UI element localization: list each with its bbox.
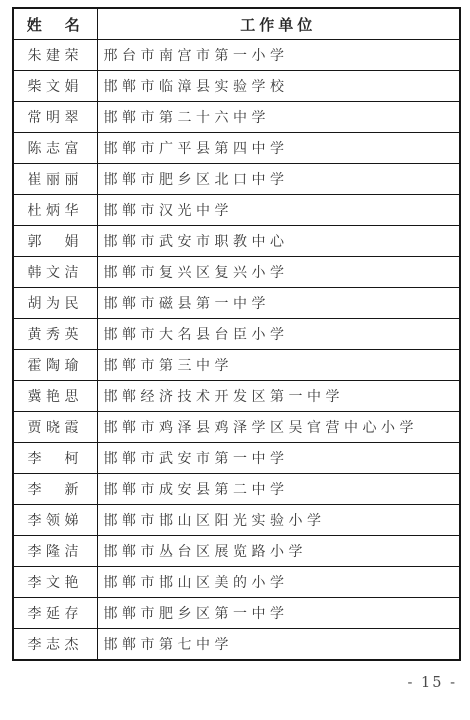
table-row: 贾晓霞 邯郸市鸡泽县鸡泽学区吴官营中心小学: [13, 412, 460, 443]
table-row: 陈志富 邯郸市广平县第四中学: [13, 133, 460, 164]
workunit-cell: 邯郸市邯山区阳光实验小学: [97, 505, 460, 536]
workunit-cell: 邯郸市武安市第一中学: [97, 443, 460, 474]
workunit-cell: 邯郸市磁县第一中学: [97, 288, 460, 319]
workunit-cell: 邯郸市大名县台臣小学: [97, 319, 460, 350]
workunit-cell: 邢台市南宫市第一小学: [97, 40, 460, 71]
table-row: 黄秀英 邯郸市大名县台臣小学: [13, 319, 460, 350]
table-row: 常明翠 邯郸市第二十六中学: [13, 102, 460, 133]
table-row: 郭 娟 邯郸市武安市职教中心: [13, 226, 460, 257]
table-row: 李延存 邯郸市肥乡区第一中学: [13, 598, 460, 629]
name-workunit-table: 姓 名 工作单位 朱建荣 邢台市南宫市第一小学 柴文娟 邯郸市临漳县实验学校 常…: [12, 7, 461, 661]
table-row: 崔丽丽 邯郸市肥乡区北口中学: [13, 164, 460, 195]
workunit-cell: 邯郸市广平县第四中学: [97, 133, 460, 164]
name-cell: 李 柯: [13, 443, 97, 474]
workunit-cell: 邯郸市武安市职教中心: [97, 226, 460, 257]
name-cell: 黄秀英: [13, 319, 97, 350]
name-cell: 李隆洁: [13, 536, 97, 567]
name-cell: 李志杰: [13, 629, 97, 661]
workunit-cell: 邯郸市临漳县实验学校: [97, 71, 460, 102]
workunit-cell: 邯郸经济技术开发区第一中学: [97, 381, 460, 412]
table-row: 李 新 邯郸市成安县第二中学: [13, 474, 460, 505]
workunit-cell: 邯郸市邯山区美的小学: [97, 567, 460, 598]
name-cell: 朱建荣: [13, 40, 97, 71]
name-cell: 李延存: [13, 598, 97, 629]
table-row: 杜炳华 邯郸市汉光中学: [13, 195, 460, 226]
workunit-cell: 邯郸市成安县第二中学: [97, 474, 460, 505]
name-cell: 胡为民: [13, 288, 97, 319]
name-cell: 常明翠: [13, 102, 97, 133]
name-cell: 陈志富: [13, 133, 97, 164]
workunit-cell: 邯郸市肥乡区第一中学: [97, 598, 460, 629]
table-row: 朱建荣 邢台市南宫市第一小学: [13, 40, 460, 71]
column-header-name: 姓 名: [13, 8, 97, 40]
workunit-cell: 邯郸市丛台区展览路小学: [97, 536, 460, 567]
table-row: 韩文洁 邯郸市复兴区复兴小学: [13, 257, 460, 288]
table-row: 李隆洁 邯郸市丛台区展览路小学: [13, 536, 460, 567]
name-cell: 李 新: [13, 474, 97, 505]
table-row: 柴文娟 邯郸市临漳县实验学校: [13, 71, 460, 102]
table-row: 霍陶瑜 邯郸市第三中学: [13, 350, 460, 381]
name-cell: 李文艳: [13, 567, 97, 598]
table-header-row: 姓 名 工作单位: [13, 8, 460, 40]
table-row: 冀艳思 邯郸经济技术开发区第一中学: [13, 381, 460, 412]
workunit-cell: 邯郸市肥乡区北口中学: [97, 164, 460, 195]
table-row: 李领娣 邯郸市邯山区阳光实验小学: [13, 505, 460, 536]
workunit-cell: 邯郸市复兴区复兴小学: [97, 257, 460, 288]
name-cell: 贾晓霞: [13, 412, 97, 443]
workunit-cell: 邯郸市汉光中学: [97, 195, 460, 226]
workunit-cell: 邯郸市第七中学: [97, 629, 460, 661]
name-cell: 郭 娟: [13, 226, 97, 257]
column-header-workunit: 工作单位: [97, 8, 460, 40]
name-cell: 霍陶瑜: [13, 350, 97, 381]
table-row: 李 柯 邯郸市武安市第一中学: [13, 443, 460, 474]
workunit-cell: 邯郸市第三中学: [97, 350, 460, 381]
page-number: - 15 -: [408, 675, 457, 691]
table-row: 李志杰 邯郸市第七中学: [13, 629, 460, 661]
name-cell: 韩文洁: [13, 257, 97, 288]
workunit-cell: 邯郸市第二十六中学: [97, 102, 460, 133]
name-cell: 杜炳华: [13, 195, 97, 226]
table-row: 李文艳 邯郸市邯山区美的小学: [13, 567, 460, 598]
name-cell: 崔丽丽: [13, 164, 97, 195]
name-cell: 冀艳思: [13, 381, 97, 412]
workunit-cell: 邯郸市鸡泽县鸡泽学区吴官营中心小学: [97, 412, 460, 443]
name-cell: 李领娣: [13, 505, 97, 536]
table-row: 胡为民 邯郸市磁县第一中学: [13, 288, 460, 319]
name-cell: 柴文娟: [13, 71, 97, 102]
